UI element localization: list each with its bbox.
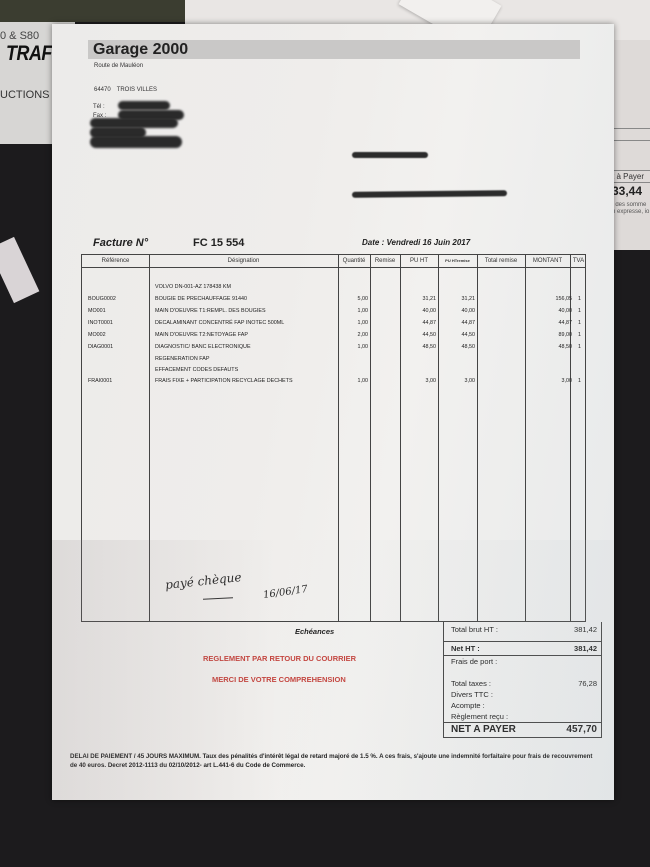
total-brut-ht-value: 381,42 — [574, 625, 597, 634]
cell-amount: 48,50 — [532, 342, 572, 353]
frais-de-port-label: Frais de port : — [451, 657, 497, 666]
table-row: FRAI0001FRAIS FIXE + PARTICIPATION RECYC… — [82, 376, 587, 387]
background-left-text-3: UCTIONS — [0, 89, 50, 101]
background-rule — [612, 182, 650, 183]
payment-message: REGLEMENT PAR RETOUR DU COURRIER — [203, 654, 356, 663]
thanks-message: MERCI DE VOTRE COMPREHENSION — [212, 675, 346, 684]
cell-amount: 40,00 — [532, 306, 572, 317]
invoice-table: Référence Désignation Quantité Remise PU… — [81, 254, 586, 622]
invoice-number: FC 15 554 — [193, 237, 244, 249]
background-left-text-1: 0 & S80 — [0, 30, 39, 42]
header-total-remise: Total remise — [477, 256, 525, 267]
header-quantite: Quantité — [338, 256, 370, 267]
totals-divider — [444, 655, 601, 656]
cell-unit-price-discounted: 3,00 — [439, 376, 475, 387]
cell-reference: MO002 — [88, 330, 106, 341]
cell-vat-code: 1 — [578, 342, 581, 353]
redacted-customer-name — [352, 152, 428, 158]
table-row: DIAG0001DIAGNOSTIC/ BANC ELECTRONIQUE1,0… — [82, 342, 587, 353]
cell-reference: FRAI0001 — [88, 376, 112, 387]
header-reference: Référence — [82, 256, 149, 267]
totals-divider — [444, 641, 601, 642]
totals-divider — [444, 722, 601, 723]
redacted-info — [90, 136, 182, 148]
background-right-small-text: t des somme n expresse, io — [612, 202, 650, 216]
total-taxes-value: 76,28 — [578, 679, 597, 688]
invoice-label: Facture N° — [93, 237, 148, 249]
cell-amount: 89,00 — [532, 330, 572, 341]
cell-unit-price-discounted: 48,50 — [439, 342, 475, 353]
redacted-phone — [118, 101, 170, 110]
table-row: MO001MAIN D'OEUVRE T1:REMPL. DES BOUGIES… — [82, 306, 587, 317]
cell-amount: 156,05 — [532, 294, 572, 305]
cell-unit-price-discounted: 40,00 — [439, 306, 475, 317]
reglement-recu-label: Règlement reçu : — [451, 712, 508, 721]
divers-ttc-label: Divers TTC : — [451, 690, 493, 699]
company-street: Route de Mauléon — [94, 63, 143, 69]
header-montant: MONTANT — [525, 256, 570, 267]
cell-unit-price: 3,00 — [404, 376, 436, 387]
cell-amount: 3,00 — [532, 376, 572, 387]
table-row: REGENERATION FAP — [82, 354, 587, 365]
total-brut-ht-label: Total brut HT : — [451, 625, 498, 634]
background-rule — [612, 128, 650, 129]
company-address-city: 64470TROIS VILLES — [94, 87, 163, 93]
cell-reference: DIAG0001 — [88, 342, 113, 353]
cell-unit-price-discounted: 44,50 — [439, 330, 475, 341]
cell-unit-price-discounted: 44,87 — [439, 318, 475, 329]
background-right-label: t à Payer — [612, 172, 644, 181]
cell-designation: FRAIS FIXE + PARTICIPATION RECYCLAGE DEC… — [155, 376, 293, 387]
acompte-label: Acompte : — [451, 701, 485, 710]
invoice-date: Date : Vendredi 16 Juin 2017 — [362, 238, 470, 247]
table-row: EFFACEMENT CODES DEFAUTS — [82, 365, 587, 376]
background-paper-corner — [0, 237, 39, 303]
cell-designation: VOLVO DN-001-AZ 178438 KM — [155, 282, 231, 293]
cell-quantity: 1,00 — [336, 306, 368, 317]
company-name: Garage 2000 — [93, 41, 188, 59]
postal-code: 64470 — [94, 87, 111, 93]
tel-label: Tél : — [93, 104, 105, 110]
header-remise: Remise — [370, 256, 400, 267]
cell-vat-code: 1 — [578, 306, 581, 317]
cell-unit-price: 48,50 — [404, 342, 436, 353]
cell-quantity: 1,00 — [336, 376, 368, 387]
cell-vat-code: 1 — [578, 376, 581, 387]
cell-designation: REGENERATION FAP — [155, 354, 209, 365]
cell-vat-code: 1 — [578, 318, 581, 329]
net-ht-label: Net HT : — [451, 644, 480, 653]
background-rule — [612, 140, 650, 141]
cell-reference: MO001 — [88, 306, 106, 317]
cell-designation: EFFACEMENT CODES DEFAUTS — [155, 365, 238, 376]
cell-unit-price: 44,50 — [404, 330, 436, 341]
background-surface — [0, 0, 190, 22]
cell-unit-price: 44,87 — [404, 318, 436, 329]
cell-unit-price: 40,00 — [404, 306, 436, 317]
background-right-amount: 33,44 — [612, 184, 642, 198]
cell-vat-code: 1 — [578, 294, 581, 305]
table-row: INOT0001DECALAMINANT CONCENTRÉ FAP INOTE… — [82, 318, 587, 329]
cell-unit-price-discounted: 31,21 — [439, 294, 475, 305]
table-row: BOUG0002BOUGIE DE PRECHAUFFAGE 914405,00… — [82, 294, 587, 305]
table-row: MO002MAIN D'OEUVRE T2:NETOYAGE FAP2,0044… — [82, 330, 587, 341]
cell-amount: 44,87 — [532, 318, 572, 329]
cell-quantity: 2,00 — [336, 330, 368, 341]
table-header-rule — [82, 267, 585, 268]
table-row: VOLVO DN-001-AZ 178438 KM — [82, 282, 587, 293]
net-a-payer-value: 457,70 — [566, 724, 597, 735]
cell-quantity: 5,00 — [336, 294, 368, 305]
cell-reference: INOT0001 — [88, 318, 113, 329]
legal-payment-terms: DELAI DE PAIEMENT / 45 JOURS MAXIMUM. Ta… — [70, 752, 600, 770]
net-a-payer-label: NET A PAYER — [451, 724, 516, 735]
header-designation: Désignation — [149, 256, 338, 267]
city: TROIS VILLES — [117, 87, 157, 93]
cell-designation: MAIN D'OEUVRE T2:NETOYAGE FAP — [155, 330, 248, 341]
net-ht-value: 381,42 — [574, 644, 597, 653]
cell-quantity: 1,00 — [336, 318, 368, 329]
total-taxes-label: Total taxes : — [451, 679, 491, 688]
cell-quantity: 1,00 — [336, 342, 368, 353]
cell-designation: DIAGNOSTIC/ BANC ELECTRONIQUE — [155, 342, 251, 353]
cell-unit-price: 31,21 — [404, 294, 436, 305]
background-rule — [612, 170, 650, 171]
header-tva: TVA — [570, 256, 587, 267]
cell-designation: MAIN D'OEUVRE T1:REMPL. DES BOUGIES — [155, 306, 266, 317]
cell-designation: BOUGIE DE PRECHAUFFAGE 91440 — [155, 294, 247, 305]
cell-designation: DECALAMINANT CONCENTRÉ FAP INOTEC 500ML — [155, 318, 284, 329]
echeances-label: Echéances — [295, 627, 334, 636]
cell-reference: BOUG0002 — [88, 294, 116, 305]
header-pu-ht: PU HT — [400, 256, 438, 267]
totals-box: Total brut HT : 381,42 Net HT : 381,42 F… — [443, 622, 602, 738]
header-pu-ht-remise: PU HTremise — [438, 256, 477, 267]
cell-vat-code: 1 — [578, 330, 581, 341]
